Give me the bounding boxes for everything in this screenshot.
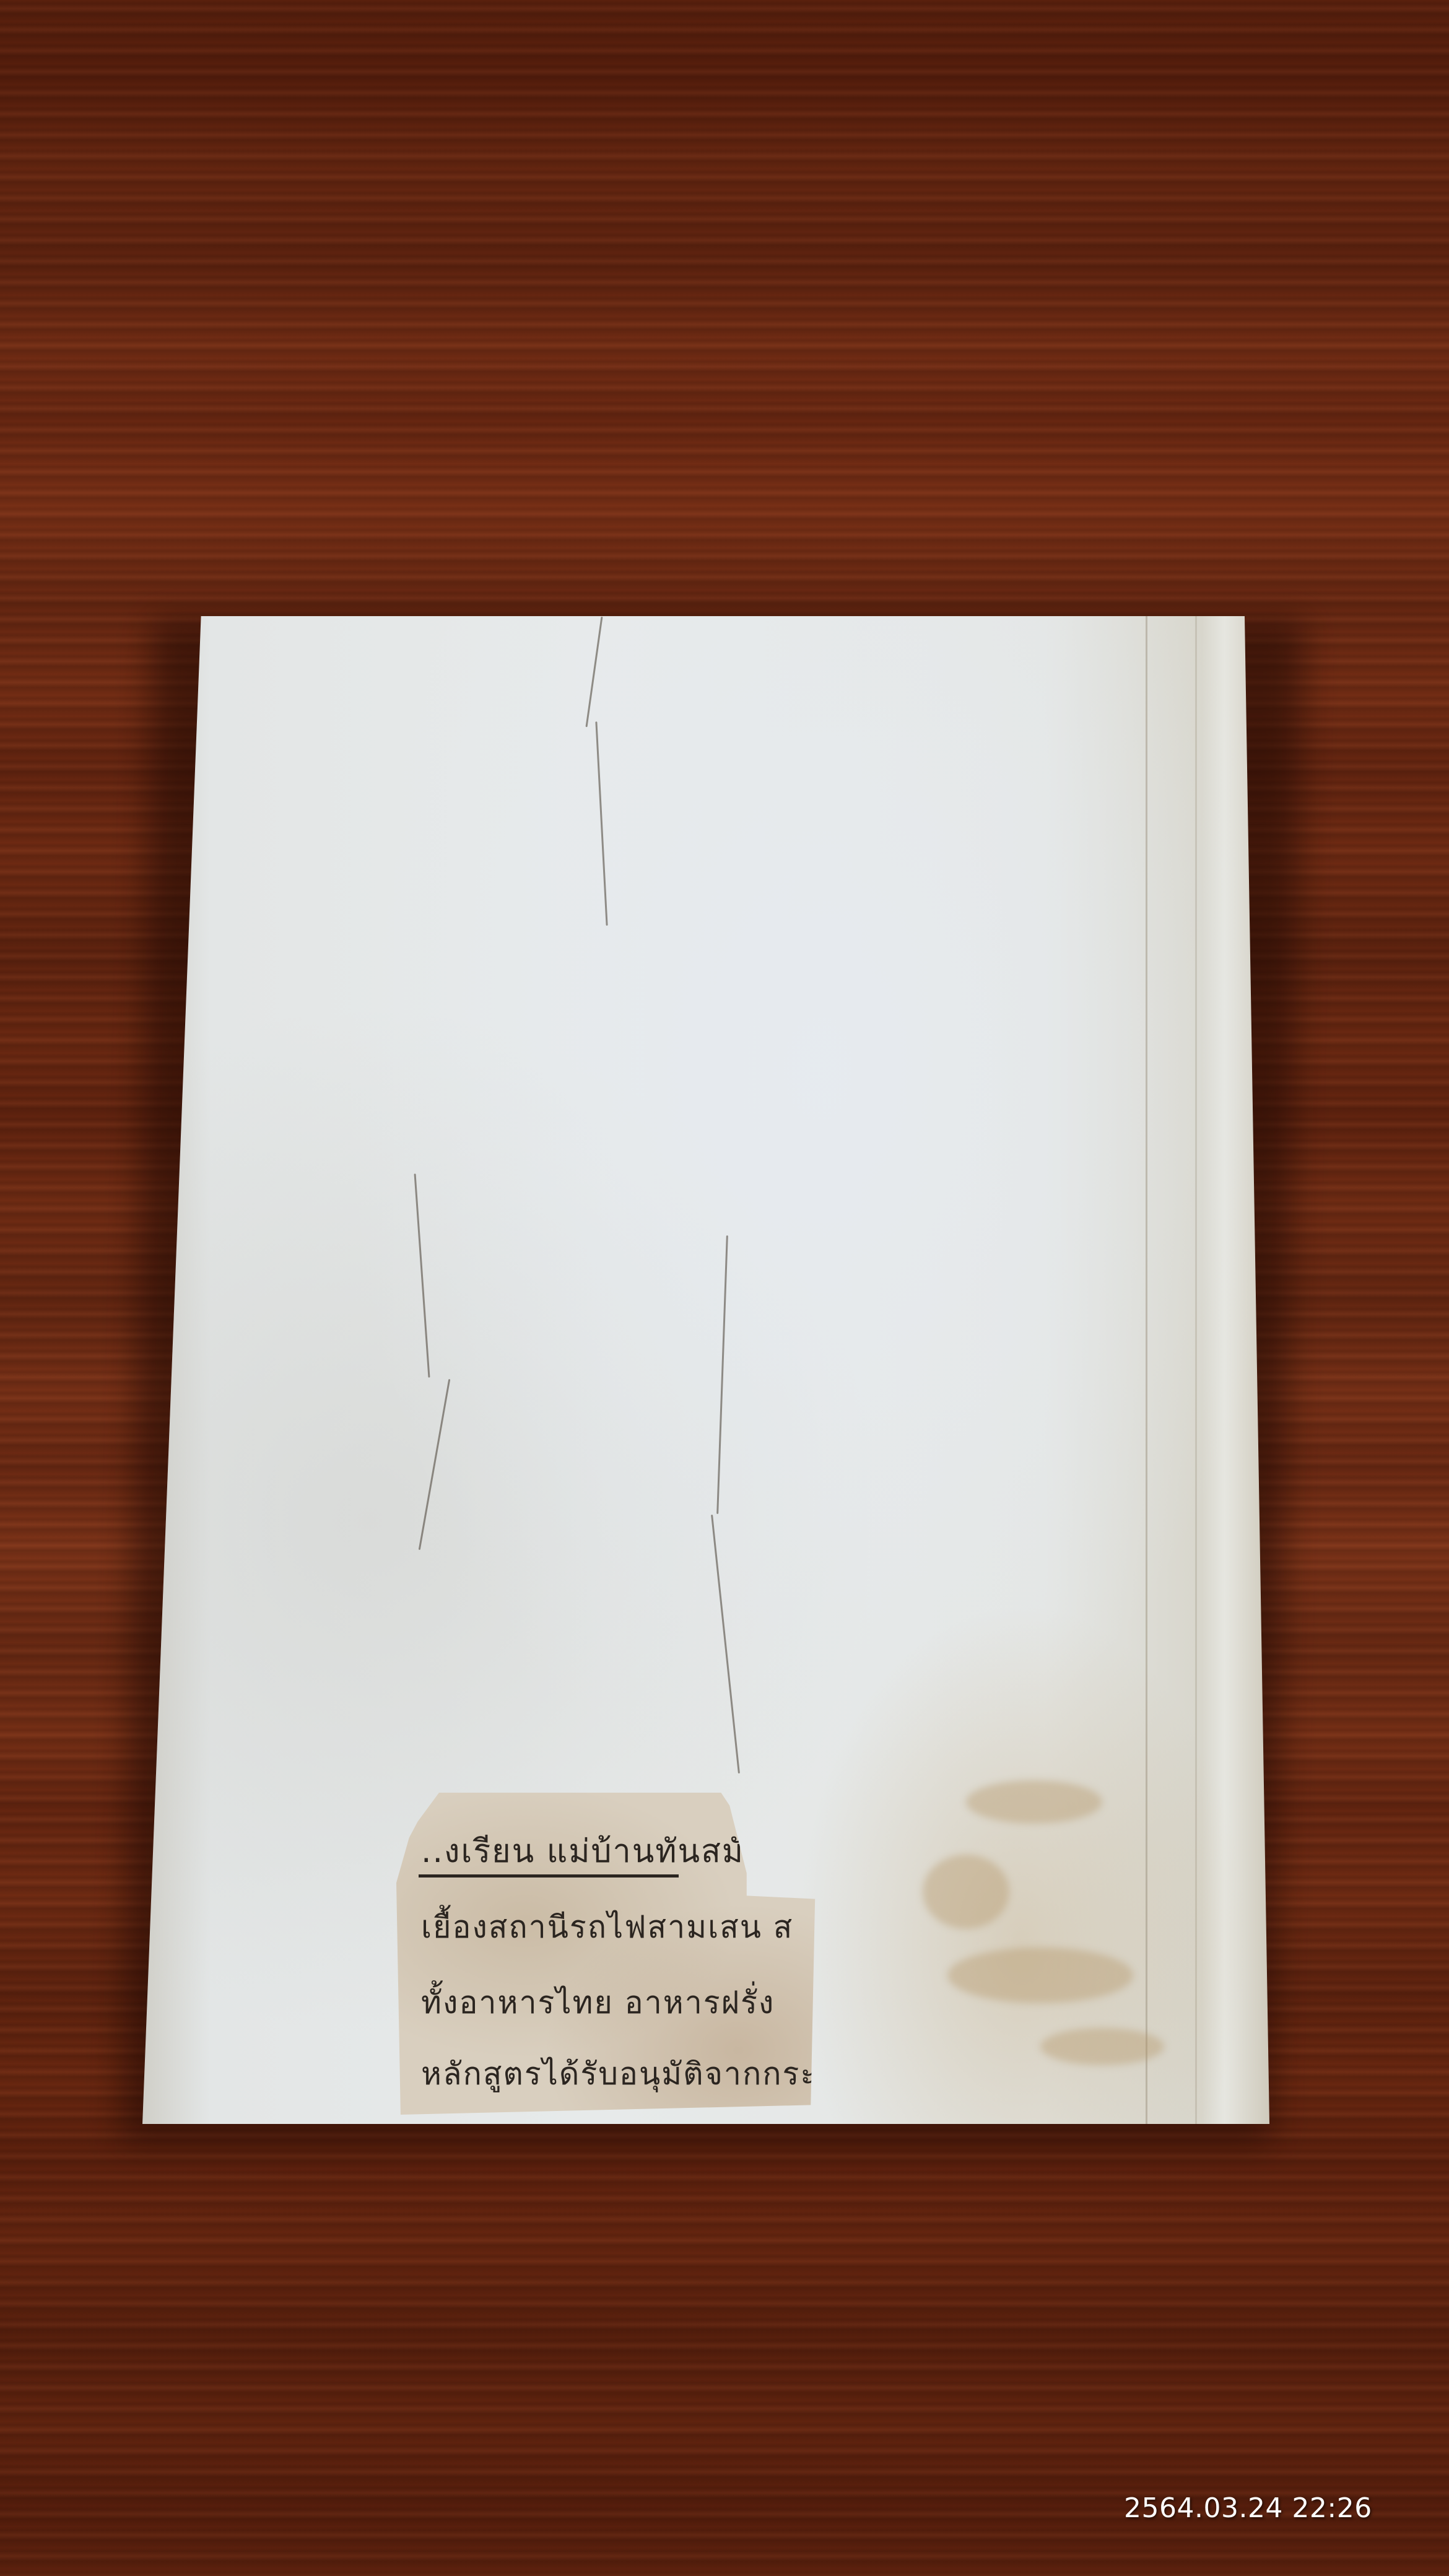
cover-crack [419,1379,451,1550]
clipping-header: ..งเรียน แม่บ้านทันสมัย [421,1825,765,1876]
clipping-line: เยื้องสถานีรถไฟสามเสน ส [421,1903,793,1952]
cover-stain [947,1947,1133,2003]
clipping-underline [419,1874,679,1878]
cover-crack [595,721,607,926]
cover-crack [711,1515,740,1773]
cover-crack [414,1173,430,1377]
cover-stain [1040,2028,1164,2065]
cover-stain [923,1855,1009,1929]
cover-crack [585,617,603,728]
cover-edge-line [1195,616,1197,2124]
camera-timestamp: 2564.03.24 22:26 [1124,2492,1372,2524]
cover-fold-line [1146,616,1147,2124]
cover-stain [966,1780,1102,1824]
clipping-line: หลักสูตรได้รับอนุมัติจากกระ [421,2050,818,2099]
cover-crack [716,1235,728,1514]
clipping-line: ทั้งอาหารไทย อาหารฝรั่ง [421,1978,775,2027]
